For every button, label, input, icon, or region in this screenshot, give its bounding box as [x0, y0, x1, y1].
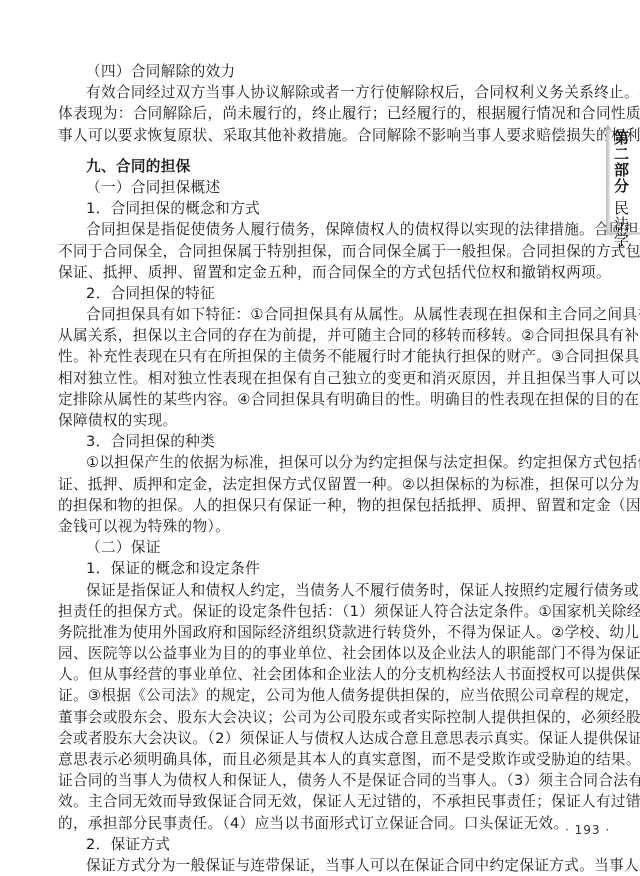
paragraph-line: 保证是指保证人和债权人约定，当债务人不履行债务时，保证人按照约定履行债务或承 [58, 580, 590, 601]
subsection-heading: 2．保证方式 [58, 834, 590, 855]
chapter-heading: 九、合同的担保 [58, 156, 590, 177]
section-heading: （二）保证 [58, 537, 590, 558]
section-heading: （四）合同解除的效力 [58, 61, 590, 82]
subsection-heading: 3．合同担保的种类 [58, 431, 590, 452]
paragraph-line: 务院批准为使用外国政府和国际经济组织贷款进行转贷外，不得为保证人。②学校、幼儿 [58, 622, 590, 643]
paragraph-line: 合同担保是指促使债务人履行债务，保障债权人的债权得以实现的法律措施。合同担保 [58, 219, 590, 240]
section-gap [58, 146, 590, 156]
side-tab-text: 第二部分 民法学 [614, 130, 632, 248]
chapter-side-tab: 第二部分 民法学 [604, 124, 640, 236]
section-heading: （一）合同担保概述 [58, 177, 590, 198]
paragraph-line: 证合同的当事人为债权人和保证人，债务人不是保证合同的当事人。（3）须主合同合法有 [58, 770, 590, 791]
subsection-heading: 1．保证的概念和设定条件 [58, 558, 590, 579]
paragraph-line: 金钱可以视为特殊的物）。 [58, 516, 590, 537]
paragraph-line: 会或者股东大会决议。（2）须保证人与债权人达成合意且意思表示真实。保证人提供保证… [58, 728, 590, 749]
paragraph-line: 人。但从事经营的事业单位、社会团体和企业法人的分支机构经法人书面授权可以提供保 [58, 664, 590, 685]
paragraph-line: 性。补充性表现在只有在所担保的主债务不能履行时才能执行担保的财产。③合同担保具有 [58, 346, 590, 367]
paragraph-line: 保障债权的实现。 [58, 410, 590, 431]
page-body: （四）合同解除的效力 有效合同经过双方当事人协议解除或者一方行使解除权后，合同权… [58, 61, 590, 876]
paragraph-line: 有效合同经过双方当事人协议解除或者一方行使解除权后，合同权利义务关系终止。具 [58, 82, 590, 103]
paragraph-line: 园、医院等以公益事业为目的的事业单位、社会团体以及企业法人的职能部门不得为保证 [58, 643, 590, 664]
page-number: · 193 · [565, 823, 610, 837]
paragraph-line: 合同担保具有如下特征：①合同担保具有从属性。从属性表现在担保和主合同之间具有 [58, 304, 590, 325]
tab-bar [606, 130, 610, 234]
paragraph-line: 董事会或股东会、股东大会决议；公司为公司股东或者实际控制人提供担保的，必须经股东 [58, 707, 590, 728]
paragraph-line: 效。主合同无效而导致保证合同无效，保证人无过错的，不承担民事责任；保证人有过错 [58, 791, 590, 812]
paragraph-line: 的担保和物的担保。人的担保只有保证一种，物的担保包括抵押、质押、留置和定金（因为 [58, 495, 590, 516]
paragraph-line: 担责任的担保方式。保证的设定条件包括：（1）须保证人符合法定条件。①国家机关除经… [58, 601, 590, 622]
paragraph-line: 体表现为：合同解除后，尚未履行的，终止履行；已经履行的，根据履行情况和合同性质，… [58, 103, 590, 124]
paragraph-line: 证、抵押、质押和定金，法定担保方式仅留置一种。②以担保标的为标准，担保可以分为人 [58, 474, 590, 495]
paragraph-line: ①以担保产生的依据为标准，担保可以分为约定担保与法定担保。约定担保方式包括保 [58, 452, 590, 473]
paragraph-line: 相对独立性。相对独立性表现在担保有自己独立的变更和消灭原因，并且担保当事人可以约 [58, 368, 590, 389]
paragraph-line: 不同于合同保全，合同担保属于特别担保，而合同保全属于一般担保。合同担保的方式包括 [58, 241, 590, 262]
side-tab-subject: 民法学 [614, 200, 632, 248]
paragraph-line: 定排除从属性的某些内容。④合同担保具有明确目的性。明确目的性表现在担保的目的在于 [58, 389, 590, 410]
subsection-heading: 1．合同担保的概念和方式 [58, 198, 590, 219]
paragraph-line: 保证方式分为一般保证与连带保证，当事人可以在保证合同中约定保证方式。当事人对 [58, 855, 590, 876]
paragraph-line: 事人可以要求恢复原状、采取其他补救措施。合同解除不影响当事人要求赔偿损失的权利。 [58, 125, 590, 146]
paragraph-line: 证。③根据《公司法》的规定，公司为他人债务提供担保的，应当依照公司章程的规定，由 [58, 685, 590, 706]
paragraph-line: 意思表示必须明确具体，而且必须是其本人的真实意图，而不是受欺诈或受胁迫的结果。保 [58, 749, 590, 770]
paragraph-line: 保证、抵押、质押、留置和定金五种，而合同保全的方式包括代位权和撤销权两项。 [58, 262, 590, 283]
subsection-heading: 2．合同担保的特征 [58, 283, 590, 304]
paragraph-line: 从属关系，担保以主合同的存在为前提，并可随主合同的移转而移转。②合同担保具有补充 [58, 325, 590, 346]
side-tab-part: 第二部分 [614, 130, 632, 194]
paragraph-line: 的，承担部分民事责任。（4）应当以书面形式订立保证合同。口头保证无效。 [58, 813, 590, 834]
